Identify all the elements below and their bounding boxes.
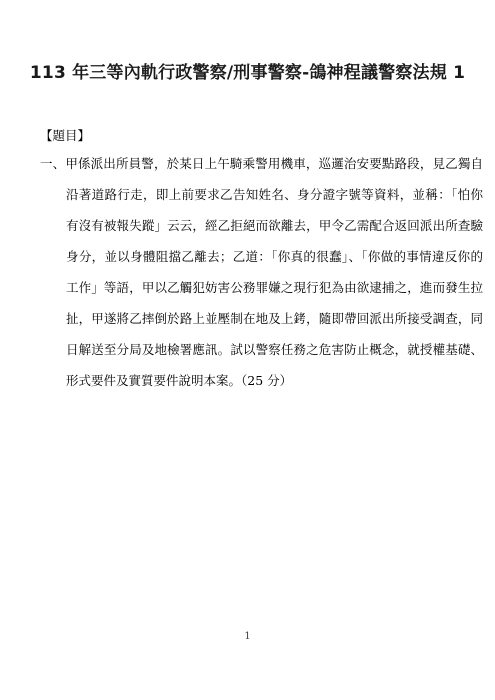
question-item: 一、甲係派出所員警，於某日上午騎乘警用機車，巡邏治安要點路段，見乙獨自沿著道路行… [40,148,483,396]
document-title: 113 年三等內軌行政警察/刑事警察-鴿神程議警察法規 1 [0,60,495,86]
question-number: 一、 [40,156,65,171]
question-text: 甲係派出所員警，於某日上午騎乘警用機車，巡邏治安要點路段，見乙獨自沿著道路行走，… [65,156,483,388]
document-page: 113 年三等內軌行政警察/刑事警察-鴿神程議警察法規 1 【題目】 一、甲係派… [0,0,495,700]
page-number: 1 [0,631,495,642]
section-label: 【題目】 [40,126,90,146]
